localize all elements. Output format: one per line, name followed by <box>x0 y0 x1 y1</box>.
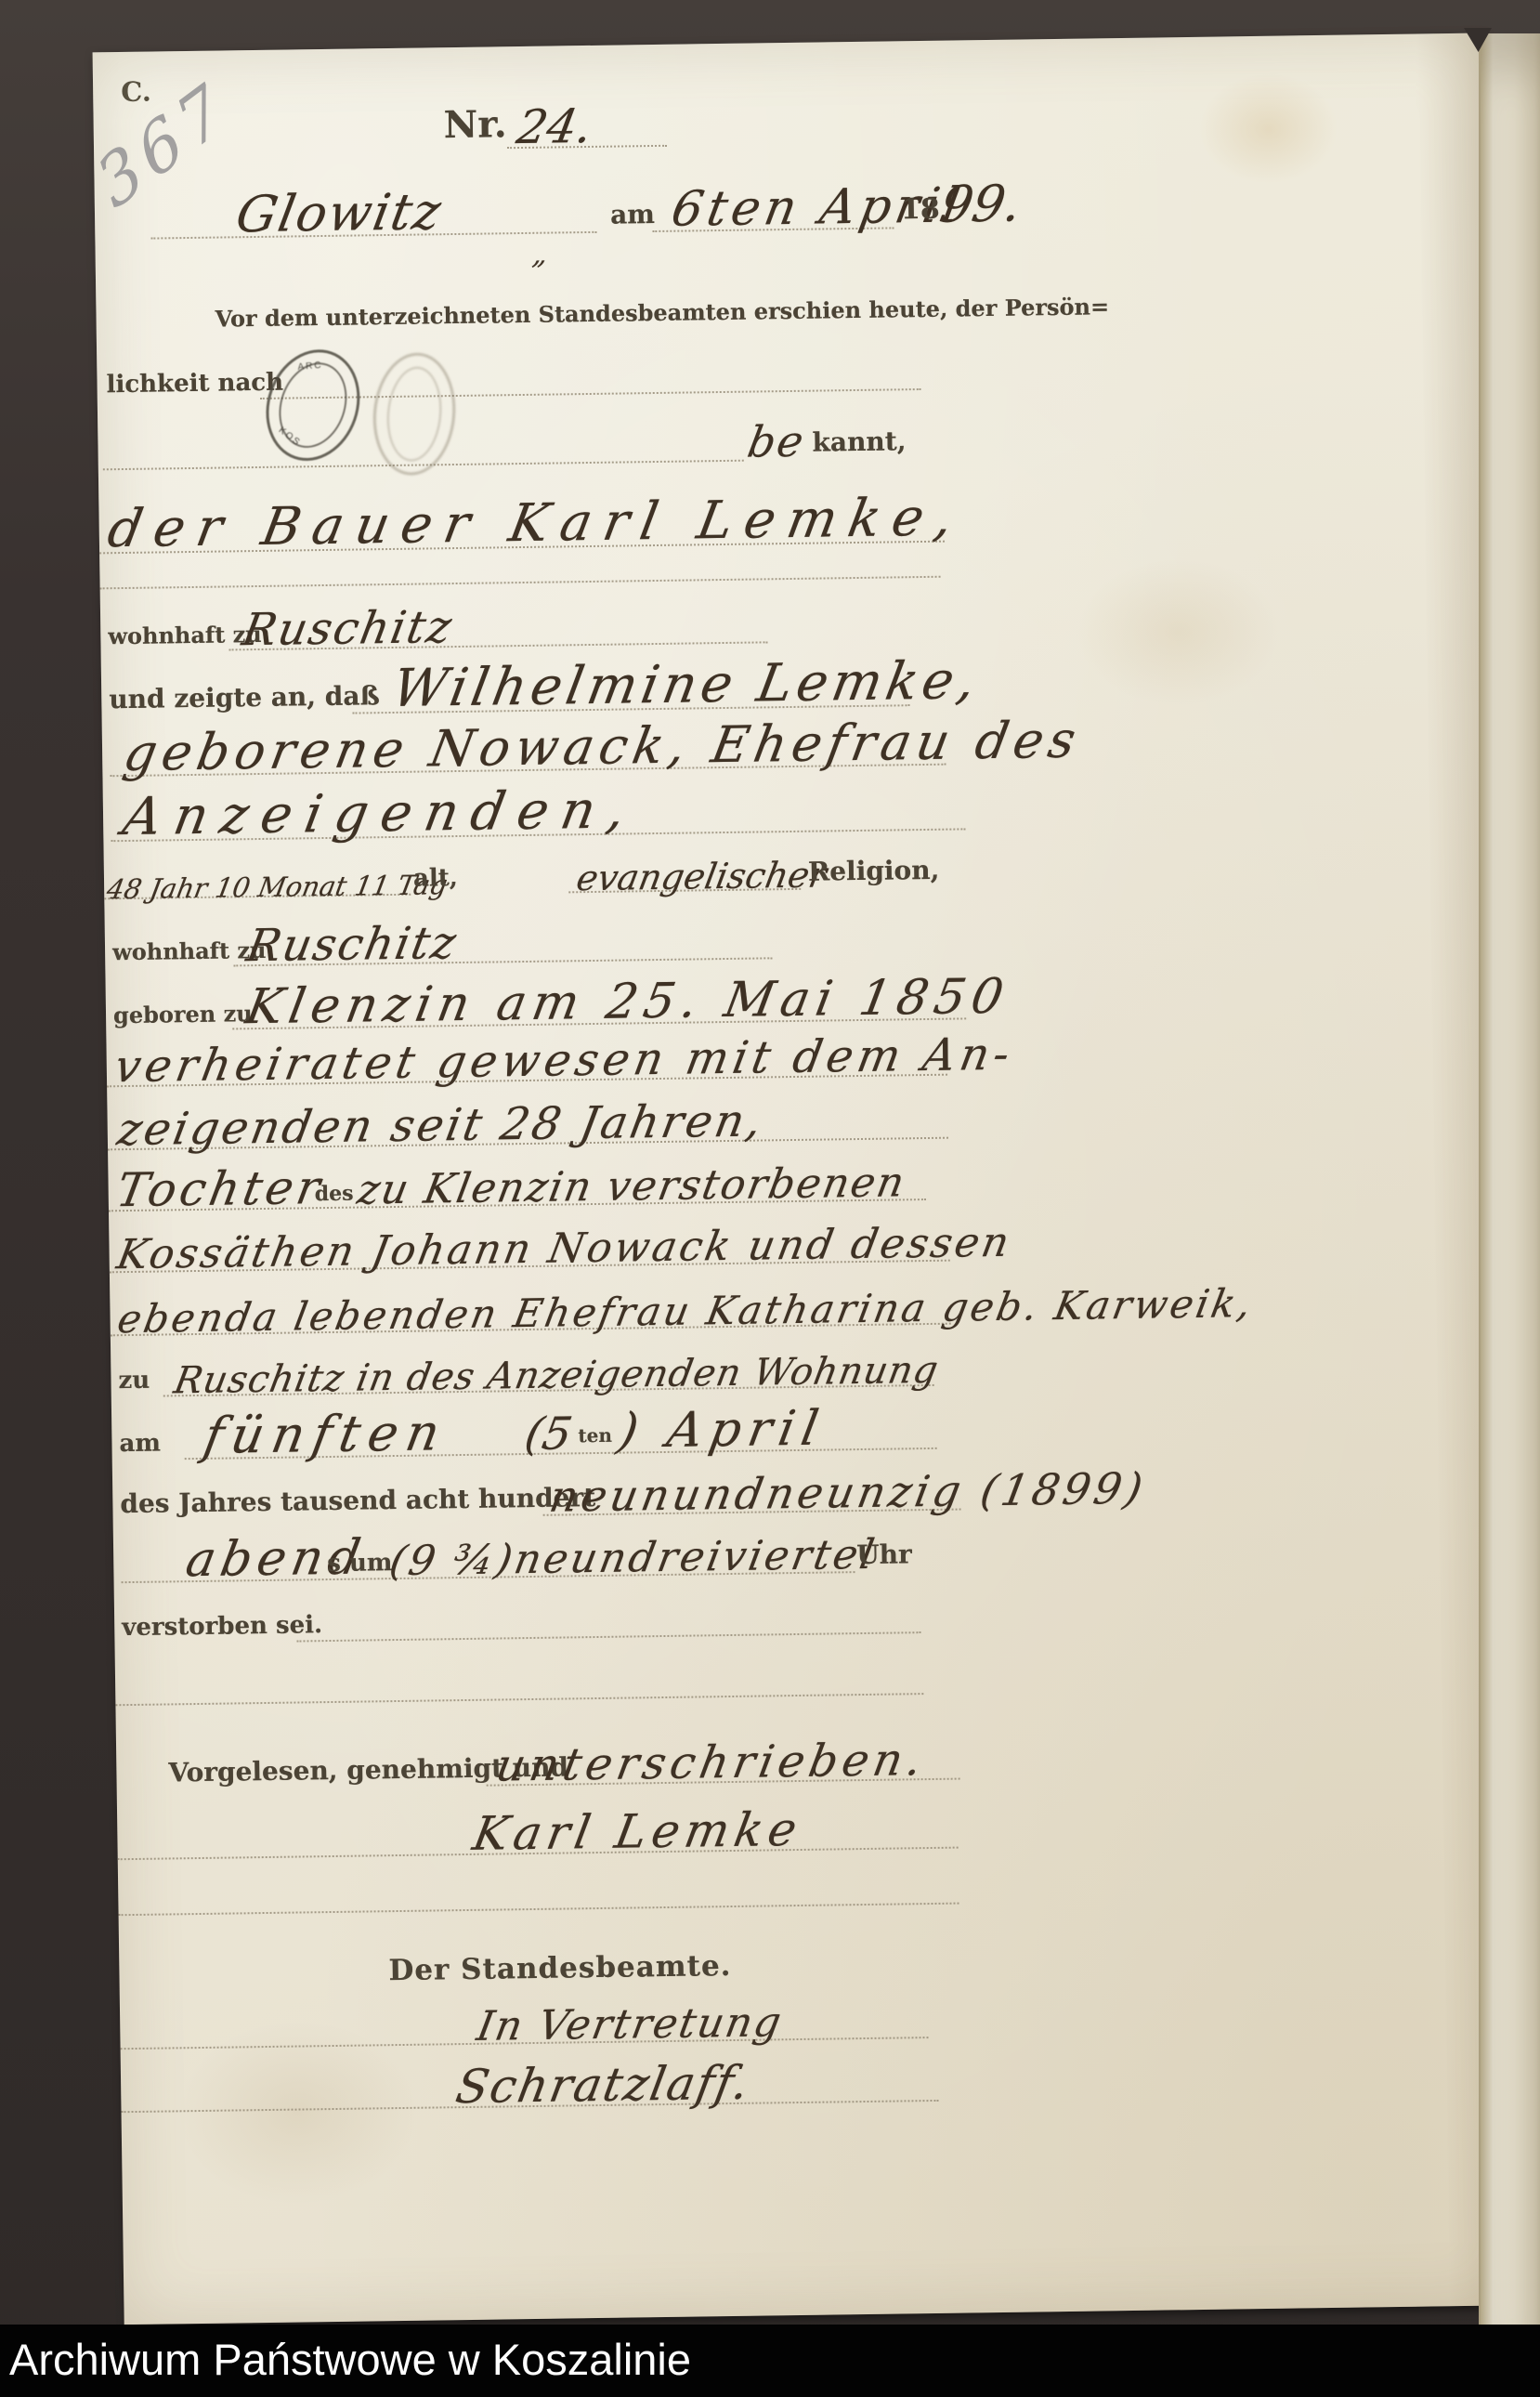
tochter-row: Tochter des zu Klenzin verstorbenen <box>108 1139 945 1212</box>
record-number-row: Nr. 24. <box>443 87 685 151</box>
death-time-row: abend s um (9 ¾)neundreiviertel Uhr <box>121 1511 939 1583</box>
intro-line2: lichkeit nach <box>106 369 283 399</box>
zeigte-label: und zeigte an, daß <box>109 680 380 714</box>
alt-label: alt, <box>413 864 458 893</box>
verstorben-label: verstorben sei. <box>122 1611 322 1642</box>
am2-label: am <box>119 1430 161 1459</box>
blank-line-row <box>115 1667 933 1706</box>
death-day-row: am fünften (5 ten ) April <box>119 1388 956 1461</box>
registrar-signature: Schratzlaff. <box>452 2056 755 2115</box>
intro-line1-row: Vor dem unterzeichneten Standesbeamten e… <box>215 275 1051 335</box>
jahr-label: des Jahres tausend acht hundert <box>120 1482 595 1519</box>
place-name: Glowitz <box>231 182 447 243</box>
dotted-line <box>115 1693 923 1706</box>
archive-caption-bar: Archiwum Państwowe w Koszalinie <box>0 2325 1540 2397</box>
bekannt-row: be kannt, <box>102 398 930 470</box>
dateline-row: Glowitz am „ 6ten April 18 99. <box>150 155 1135 240</box>
dotted-line <box>119 1903 959 1917</box>
wohnhaft-label: wohnhaft zu <box>108 621 262 649</box>
dotted-line <box>296 1631 920 1642</box>
paper-stain <box>1075 557 1281 708</box>
ten-label: ten <box>578 1424 612 1447</box>
bekannt-printed: kannt, <box>812 426 906 457</box>
archive-caption: Archiwum Państwowe w Koszalinie <box>9 2334 691 2385</box>
wohnhaft2-label: wohnhaft zu <box>112 937 267 965</box>
year-handwritten: 99. <box>935 174 1025 233</box>
corner-letter: C. <box>121 76 151 108</box>
des-label: des <box>315 1182 354 1207</box>
religion-handwritten: evangelischer <box>573 854 829 898</box>
declarant-name: der Bauer Karl Lemke, <box>103 487 970 559</box>
geborene-row: geborene Nowack, Ehefrau des <box>110 701 993 777</box>
intro-line1: Vor dem unterzeichneten Standesbeamten e… <box>215 293 1109 332</box>
uhr-label: Uhr <box>856 1539 912 1570</box>
verstorben-row: verstorben sei. <box>122 1576 940 1644</box>
death-place-row: zu Ruschitz in des Anzeigenden Wohnung <box>118 1325 955 1398</box>
document-page: C. 367 Nr. 24. Glowitz am „ 6ten April 1… <box>93 33 1514 2325</box>
verheiratet-row: verheiratet gewesen mit dem An- <box>106 1014 980 1087</box>
printed-century: 18 <box>901 193 940 227</box>
zu-label: zu <box>118 1367 150 1395</box>
unterschrieben-handwritten: unterschrieben. <box>492 1734 931 1792</box>
declarant-signature-row: Karl Lemke <box>117 1783 982 1860</box>
record-number-value: 24. <box>513 99 596 154</box>
blank-line-row <box>118 1876 982 1916</box>
death-day-numeral: (5 <box>521 1408 576 1460</box>
paper-stain <box>1198 72 1339 186</box>
religion-label: Religion, <box>808 855 940 887</box>
s-um-label: s um <box>327 1549 393 1578</box>
bekannt-handwritten: be <box>744 416 809 467</box>
age-religion-row: 48 Jahr 10 Monat 11 Tag alt, evangelisch… <box>103 826 959 899</box>
intro-line2-row: lichkeit nach <box>106 334 924 401</box>
death-year-row: des Jahres tausend acht hundert neunundn… <box>120 1447 1105 1522</box>
registrar-signature-row: Schratzlaff. <box>121 2037 948 2113</box>
ditto-mark: „ <box>530 239 551 271</box>
declarant-signature: Karl Lemke <box>469 1802 806 1861</box>
am-label: am <box>610 199 655 230</box>
vorgelesen-row: Vorgelesen, genehmigt und unterschrieben… <box>116 1718 981 1791</box>
record-number-label: Nr. <box>443 102 507 147</box>
facing-page-edge <box>1479 33 1540 2328</box>
declarant-row: der Bauer Karl Lemke, <box>98 471 982 554</box>
kossaethen-row: Kossäthen Johann Nowack und dessen <box>109 1199 983 1273</box>
